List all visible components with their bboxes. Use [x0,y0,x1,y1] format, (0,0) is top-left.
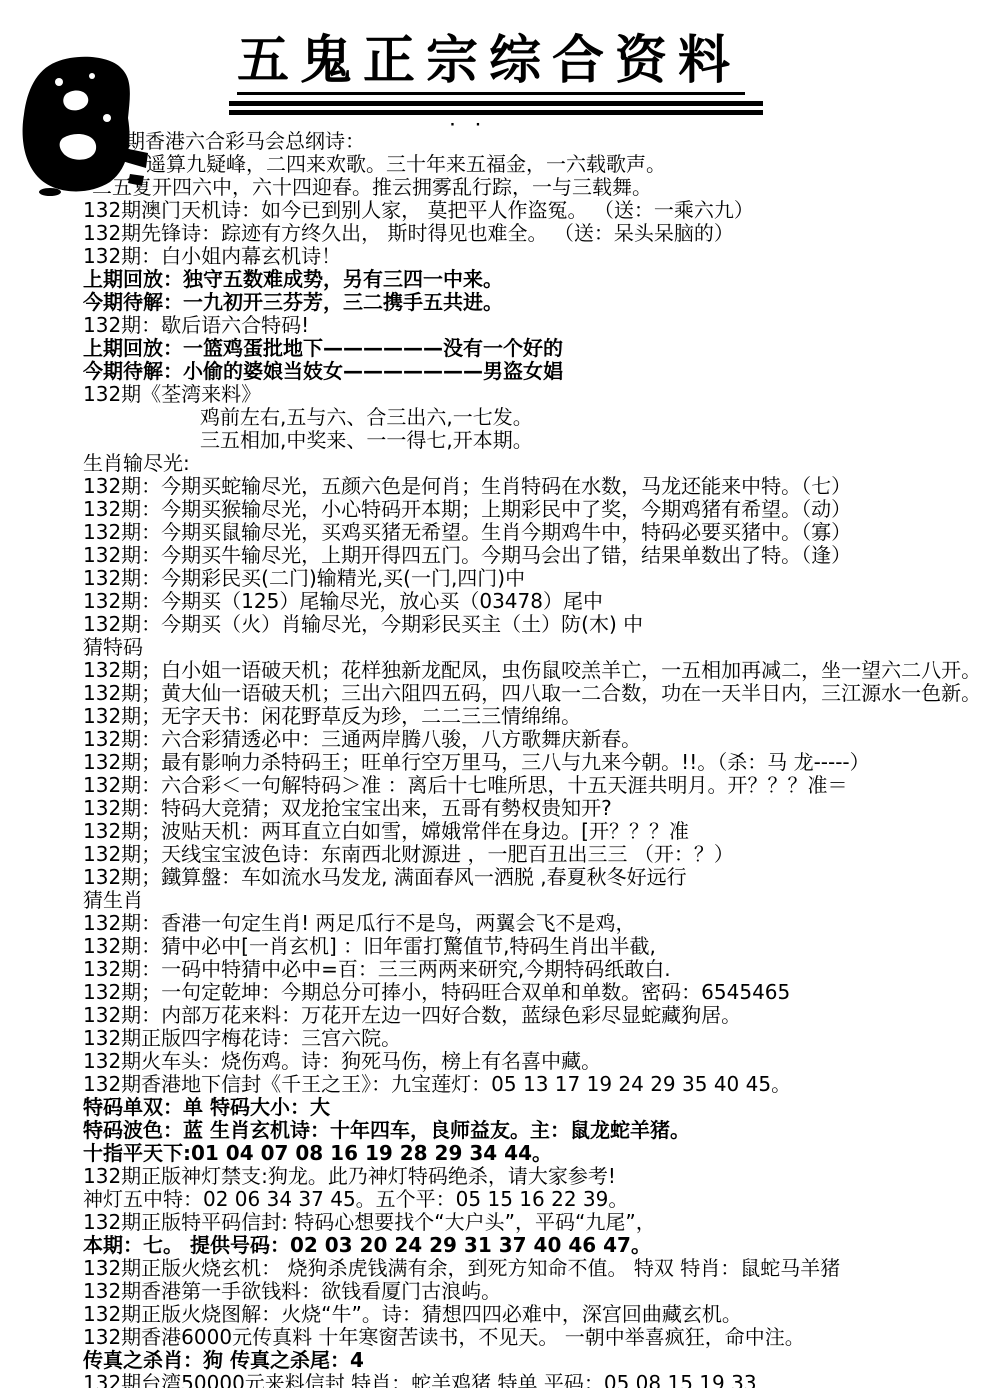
title-block: 五鬼正宗综合资料 [237,34,745,95]
text-line: 今期待解：一九初开三芬芳，三二携手五共进。 [0,291,993,314]
text-line: 特码单双：单 特码大小：大 [0,1096,993,1119]
text-line: 132期；波贴天机：两耳直立白如雪，嫦娥常伴在身边。[开？？？准 [0,820,993,843]
text-line: 132期；鐵算盤：车如流水马发龙, 满面春风一洒脱 ,春夏秋冬好远行 [0,866,993,889]
text-line: 132期；一句定乾坤：今期总分可捧小，特码旺合双单和单数。密码：6545465 [0,981,993,1004]
text-line: 132期香港6000元传真料 十年寒窗苦读书，不见天。 一朝中举喜疯狂，命中注。 [0,1326,993,1349]
ink-blot [18,56,150,202]
text-line: 132期；白小姐一语破天机；花样独新龙配凤，虫伤鼠咬羔羊亡，一五相加再减二，坐一… [0,659,993,682]
text-line: 132期：今期买猴输尽光，小心特码开本期；上期彩民中了奖，今期鸡猪有希望。（动） [0,498,993,521]
text-line: 132期：白小姐内幕玄机诗！ [0,245,993,268]
text-line: 十指平天下:01 04 07 08 16 19 28 29 34 44。 [0,1142,993,1165]
text-line: 132期台湾50000元来料信封 特肖：蛇羊鸡猪 特单 平码：05 08 15 … [0,1372,993,1388]
text-line: 三五相加,中奖来、一一得七,开本期。 [0,429,993,452]
text-line: 今期待解：小偷的婆娘当妓女———————男盗女娼 [0,360,993,383]
text-line: 132期：今期买鼠输尽光，买鸡买猪无希望。生肖今期鸡牛中，特码必要买猪中。（寡） [0,521,993,544]
text-line: 132期：香港一句定生肖! 两足瓜行不是鸟，两翼会飞不是鸡， [0,912,993,935]
text-line: 132期；无字天书：闲花野草反为珍，二二三三情绵绵。 [0,705,993,728]
text-line: 132期《荃湾来料》 [0,383,993,406]
text-line: 132期：特码大竞猜；双龙抢宝宝出来，五哥有勢权贵知开? [0,797,993,820]
text-line: 132期：今期买（125）尾输尽光，放心买（03478）尾中 [0,590,993,613]
text-line: 神灯五中特：02 06 34 37 45。五个平：05 15 16 22 39。 [0,1188,993,1211]
text-line: 132期：六合彩＜一句解特码＞准 ：离后十七唯所思，十五天涯共明月。开？？？准＝ [0,774,993,797]
text-line: 猜特码 [0,636,993,659]
text-line: 132期：歇后语六合特码! [0,314,993,337]
text-line: 132期：一码中特猜中必中=百：三三两两来研究,今期特码纸敢白. [0,958,993,981]
text-line: 传真之杀肖：狗 传真之杀尾：4 [0,1349,993,1372]
text-line: 132期正版特平码信封: 特码心想要找个“大户头”，平码“九尾”， [0,1211,993,1234]
title-double-underline [229,101,763,115]
text-line: 本期：七。 提供号码：02 03 20 24 29 31 37 40 46 47… [0,1234,993,1257]
text-line: 132期正版火烧图解：火烧“牛”。诗：猜想四四必难中，深宫回曲藏玄机。 [0,1303,993,1326]
text-line: 132期；最有影响力杀特码王；旺单行空万里马，三八与九来今朝。!!。（杀：马 龙… [0,751,993,774]
text-line: 132期：今期彩民买(二门)输精光,买(一门,四门)中 [0,567,993,590]
text-line: 132期：今期买牛输尽光，上期开得四五门。今期马会出了错，结果单数出了特。（逢） [0,544,993,567]
text-body: 期香港六合彩马会总纲诗：遥算九疑峰，二四来欢歌。三十年来五福金，一六载歌声。二五… [0,130,993,1388]
text-line: 132期香港第一手欲钱料：欲钱看厦门古浪屿。 [0,1280,993,1303]
text-line: 132期：猜中必中[一肖玄机] ：旧年雷打驚值节,特码生肖出半截, [0,935,993,958]
text-line: 鸡前左右,五与六、合三出六,一七发。 [0,406,993,429]
text-line: 132期香港地下信封《千王之王》：九宝莲灯：05 13 17 19 24 29 … [0,1073,993,1096]
text-line: 132期；黄大仙一语破天机；三出六阻四五码，四八取一二合数，功在一天半日内，三江… [0,682,993,705]
text-line: 上期回放：一篮鸡蛋批地下——————没有一个好的 [0,337,993,360]
text-line: 上期回放：独守五数难成势，另有三四一中来。 [0,268,993,291]
text-line: 生肖输尽光: [0,452,993,475]
text-line: 132期澳门天机诗：如今已到别人家， 莫把平人作盗冤。 （送：一乘六九） [0,199,993,222]
document-page: 五鬼正宗综合资料 · · 期香港六合彩马会总纲诗：遥算九疑峰，二四来欢歌。三十年… [0,0,993,1388]
text-line: 特码波色：蓝 生肖玄机诗：十年四车，良师益友。主：鼠龙蛇羊猪。 [0,1119,993,1142]
page-title: 五鬼正宗综合资料 [237,34,745,95]
text-line: 132期先锋诗：踪迹有方终久出， 斯时得见也难全。 （送：呆头呆脑的） [0,222,993,245]
text-line: 132期正版神灯禁支:狗龙。此乃神灯特码绝杀，请大家参考! [0,1165,993,1188]
text-line: 132期正版四字梅花诗：三宫六院。 [0,1027,993,1050]
text-line: 132期：今期买（火）肖输尽光，今期彩民买主（土）防(木) 中 [0,613,993,636]
text-line: 132期：今期买蛇输尽光，五颜六色是何肖；生肖特码在水数，马龙还能来中特。（七） [0,475,993,498]
text-line: 132期正版火烧玄机： 烧狗杀虎钱满有余，到死方知命不值。 特双 特肖：鼠蛇马羊… [0,1257,993,1280]
text-line: 132期：六合彩猜透必中：三通两岸腾八骏，八方歌舞庆新春。 [0,728,993,751]
text-line: 132期：内部万花来料：万花开左边一四好合数，蓝绿色彩尽显蛇藏狗居。 [0,1004,993,1027]
text-line: 132期；天线宝宝波色诗：东南西北财源进 ，一肥百丑出三三 （开：？） [0,843,993,866]
text-line: 猜生肖 [0,889,993,912]
text-line: 132期火车头：烧伤鸡。诗：狗死马伤，榜上有名喜中藏。 [0,1050,993,1073]
